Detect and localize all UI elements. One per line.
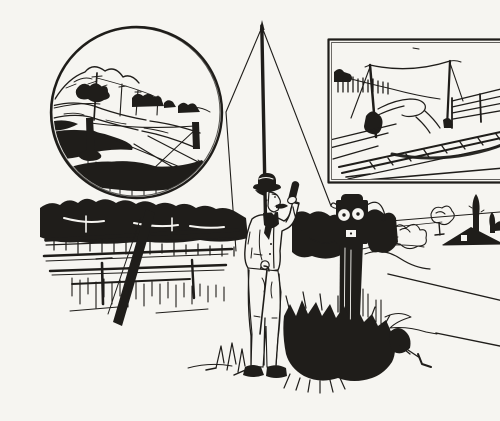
central-pole-group	[226, 20, 339, 350]
hedge-right-of-phone	[368, 209, 398, 252]
hedge-line	[365, 251, 430, 269]
rect-inset-frame	[329, 40, 500, 183]
rect-inset-frame-inner	[332, 43, 500, 180]
foreground-grass	[188, 289, 431, 393]
face	[268, 192, 280, 212]
shoes	[243, 365, 287, 378]
ground-shadow-line	[188, 364, 232, 368]
phone-keyhole	[350, 232, 352, 234]
horizon-bush	[495, 221, 500, 231]
inset1-bushes	[132, 94, 200, 113]
inset2-sagging-wire	[370, 61, 450, 69]
fence-post-1	[102, 263, 103, 304]
rect-inset-content	[330, 48, 500, 181]
fence-post-1-cap	[96, 258, 112, 259]
bell-right-pivot	[356, 212, 359, 215]
bell-left-pivot	[342, 213, 345, 216]
inset2-road-curve	[374, 99, 440, 133]
ground-mark-right	[418, 354, 431, 367]
grass-clump-right	[390, 328, 411, 353]
inset2-fence-rails	[452, 81, 500, 119]
grass-tufts-left	[216, 343, 245, 372]
button-1	[270, 243, 272, 245]
poplar-tree-2	[489, 212, 495, 233]
cottage-window	[461, 235, 467, 241]
hedge-behind-man	[292, 211, 343, 258]
inset-rectangular-scene	[329, 40, 500, 183]
left-fence-group	[40, 199, 248, 326]
inset1-post-wire	[90, 123, 195, 127]
ground-dashes	[70, 307, 208, 313]
grass-mass-main	[283, 300, 395, 381]
inset2-foreground-diagonals	[330, 124, 396, 159]
button-2	[269, 253, 271, 255]
inset2-pole-bases	[364, 111, 453, 134]
inset2-right-pole	[447, 61, 450, 127]
illustration-canvas: Man in a bowler hat speaking on an early…	[40, 16, 500, 405]
horizon-line	[378, 209, 500, 222]
bowler-hat	[253, 173, 281, 192]
inset-circular-scene	[50, 27, 222, 198]
mustache	[276, 204, 288, 209]
inset1-foreground-shadow	[62, 160, 206, 191]
circular-inset-content	[50, 67, 210, 197]
inset2-wire-ends	[365, 48, 461, 67]
poplar-tree-1	[472, 194, 479, 232]
engraving-illustration: Man in a bowler hat speaking on an early…	[40, 16, 500, 405]
small-tree-crown	[431, 206, 454, 225]
eye	[274, 196, 276, 198]
phone-box	[336, 200, 368, 244]
